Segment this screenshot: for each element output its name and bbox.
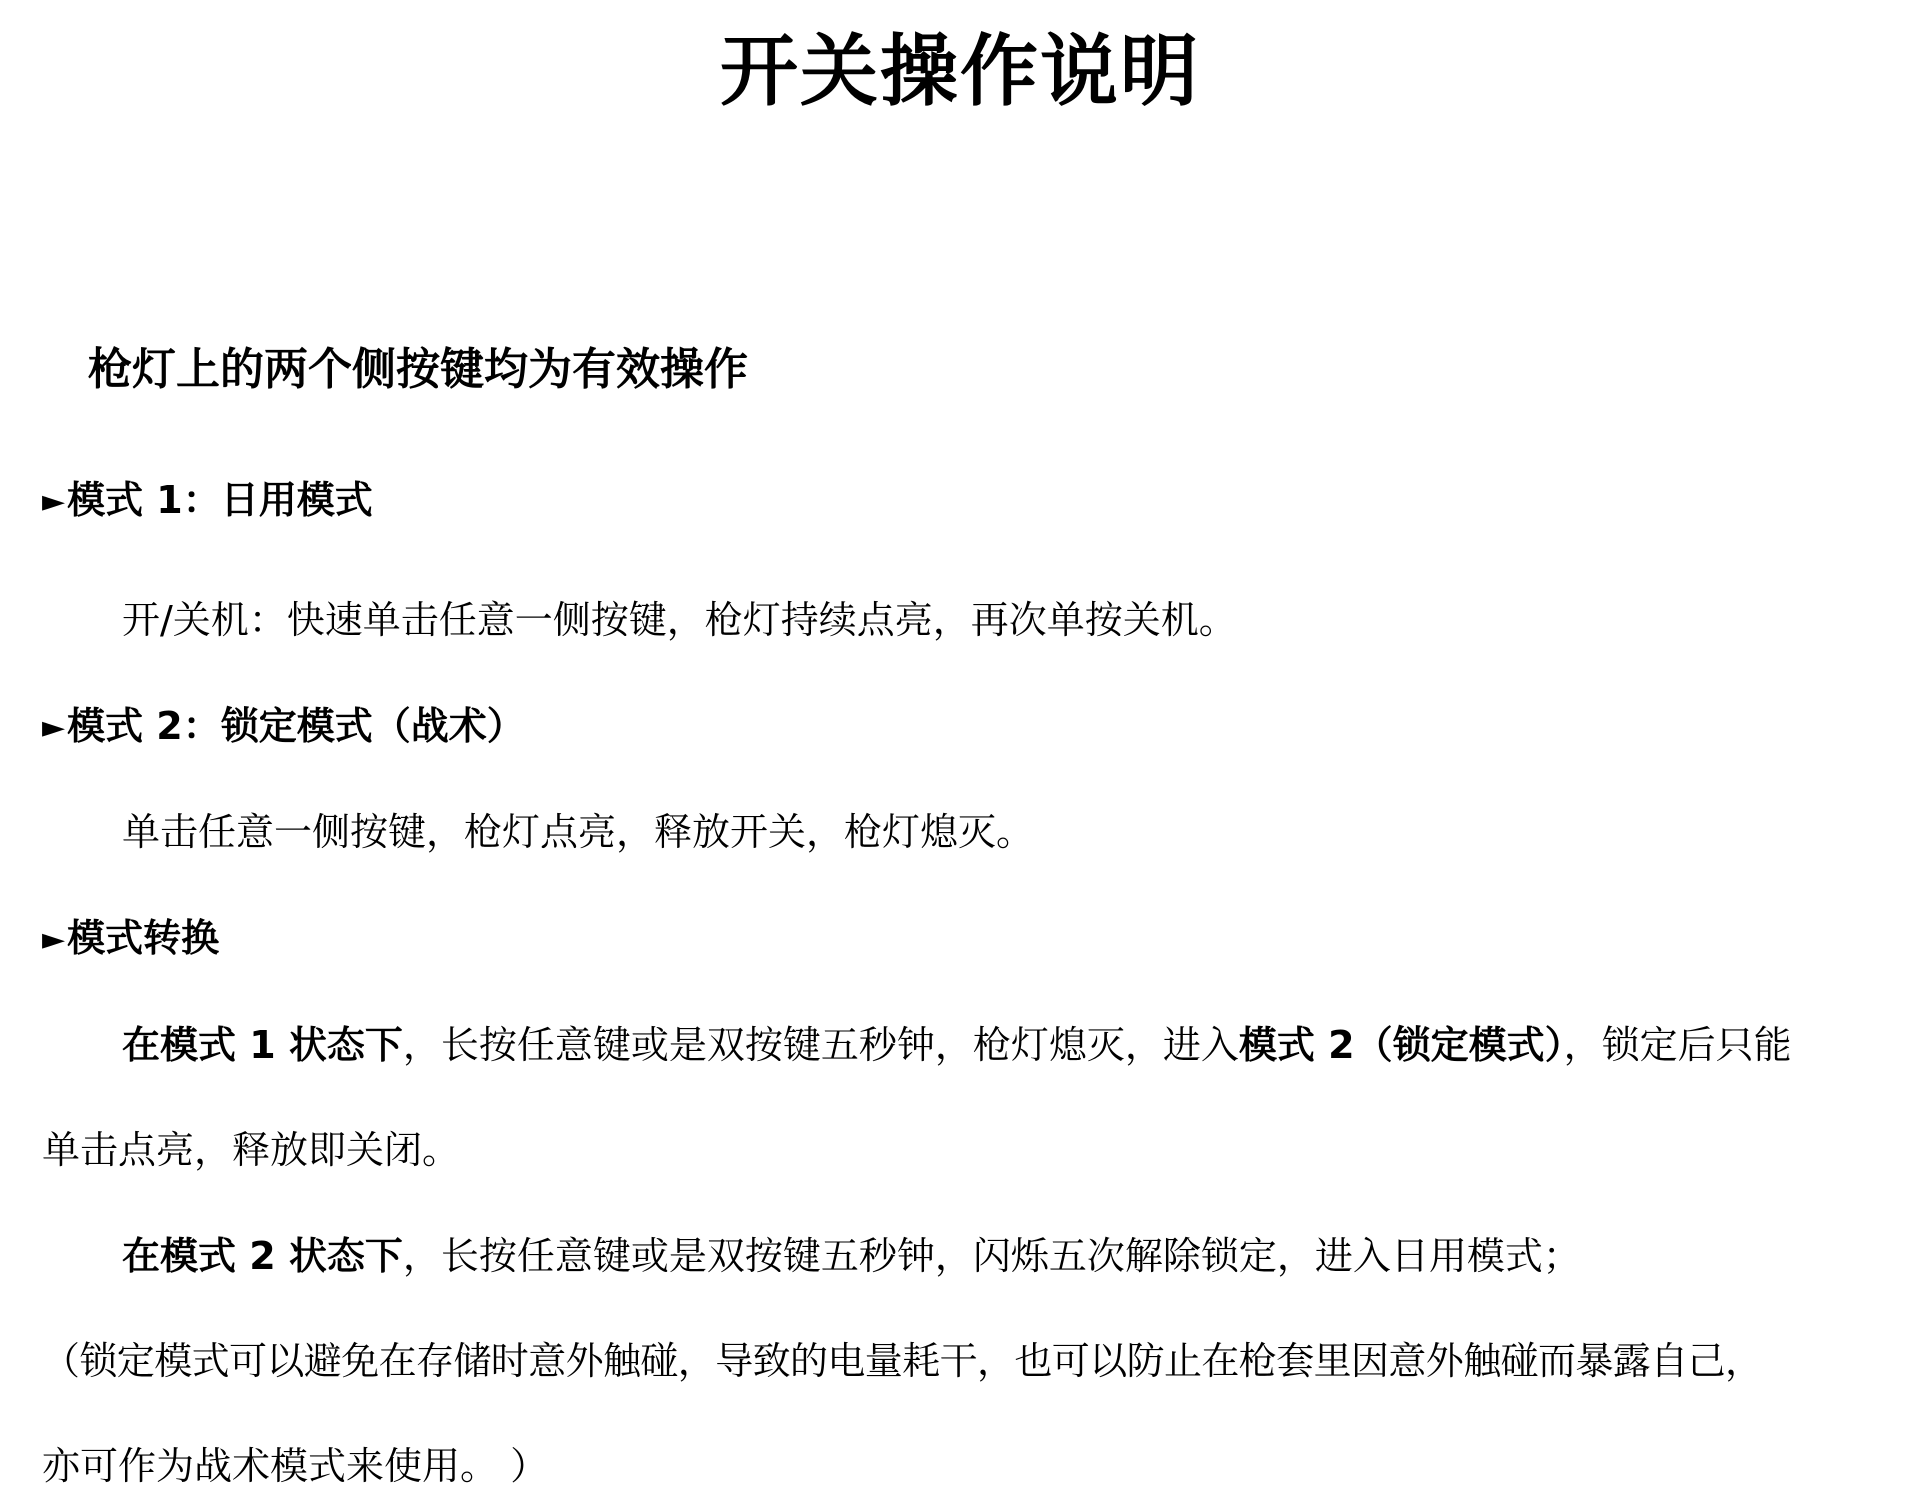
section-heading-text: 模式 2：锁定模式（战术） — [67, 704, 525, 748]
switch-paragraph-1: 在模式 1 状态下，长按任意键或是双按键五秒钟，枪灯熄灭，进入模式 2（锁定模式… — [122, 1017, 1792, 1073]
triangle-bullet-icon: ► — [42, 922, 65, 957]
section-heading-mode-2: ►模式 2：锁定模式（战术） — [42, 698, 525, 756]
section-heading-mode-switch: ►模式转换 — [42, 910, 219, 968]
note-line-2: 亦可作为战术模式来使用。 ） — [42, 1438, 548, 1489]
triangle-bullet-icon: ► — [42, 710, 65, 745]
paragraph-text: ，长按任意键或是双按键五秒钟，闪烁五次解除锁定，进入日用模式； — [403, 1234, 1581, 1278]
section-heading-mode-1: ►模式 1：日用模式 — [42, 472, 373, 530]
paragraph-text: ，长按任意键或是双按键五秒钟，枪灯熄灭，进入 — [403, 1023, 1239, 1067]
page-title: 开关操作说明 — [0, 22, 1920, 122]
subtitle: 枪灯上的两个侧按键均为有效操作 — [88, 340, 748, 400]
section-heading-text: 模式转换 — [67, 916, 219, 960]
mode-2-paragraph: 单击任意一侧按键，枪灯点亮，释放开关，枪灯熄灭。 — [122, 804, 1034, 860]
paragraph-text: ，锁定后只能 — [1564, 1023, 1792, 1067]
note-line-1: （锁定模式可以避免在存储时意外触碰，导致的电量耗干，也可以防止在枪套里因意外触碰… — [42, 1333, 1762, 1389]
mode-1-paragraph: 开/关机：快速单击任意一侧按键，枪灯持续点亮，再次单按关机。 — [122, 592, 1237, 648]
switch-paragraph-1-continuation: 单击点亮，释放即关闭。 — [42, 1122, 460, 1178]
switch-paragraph-2: 在模式 2 状态下，长按任意键或是双按键五秒钟，闪烁五次解除锁定，进入日用模式； — [122, 1228, 1581, 1284]
bold-mode-2: 模式 2（锁定模式） — [1239, 1023, 1564, 1067]
section-heading-text: 模式 1：日用模式 — [67, 478, 373, 522]
triangle-bullet-icon: ► — [42, 484, 65, 519]
bold-lead: 在模式 1 状态下 — [122, 1023, 403, 1067]
bold-lead: 在模式 2 状态下 — [122, 1234, 403, 1278]
